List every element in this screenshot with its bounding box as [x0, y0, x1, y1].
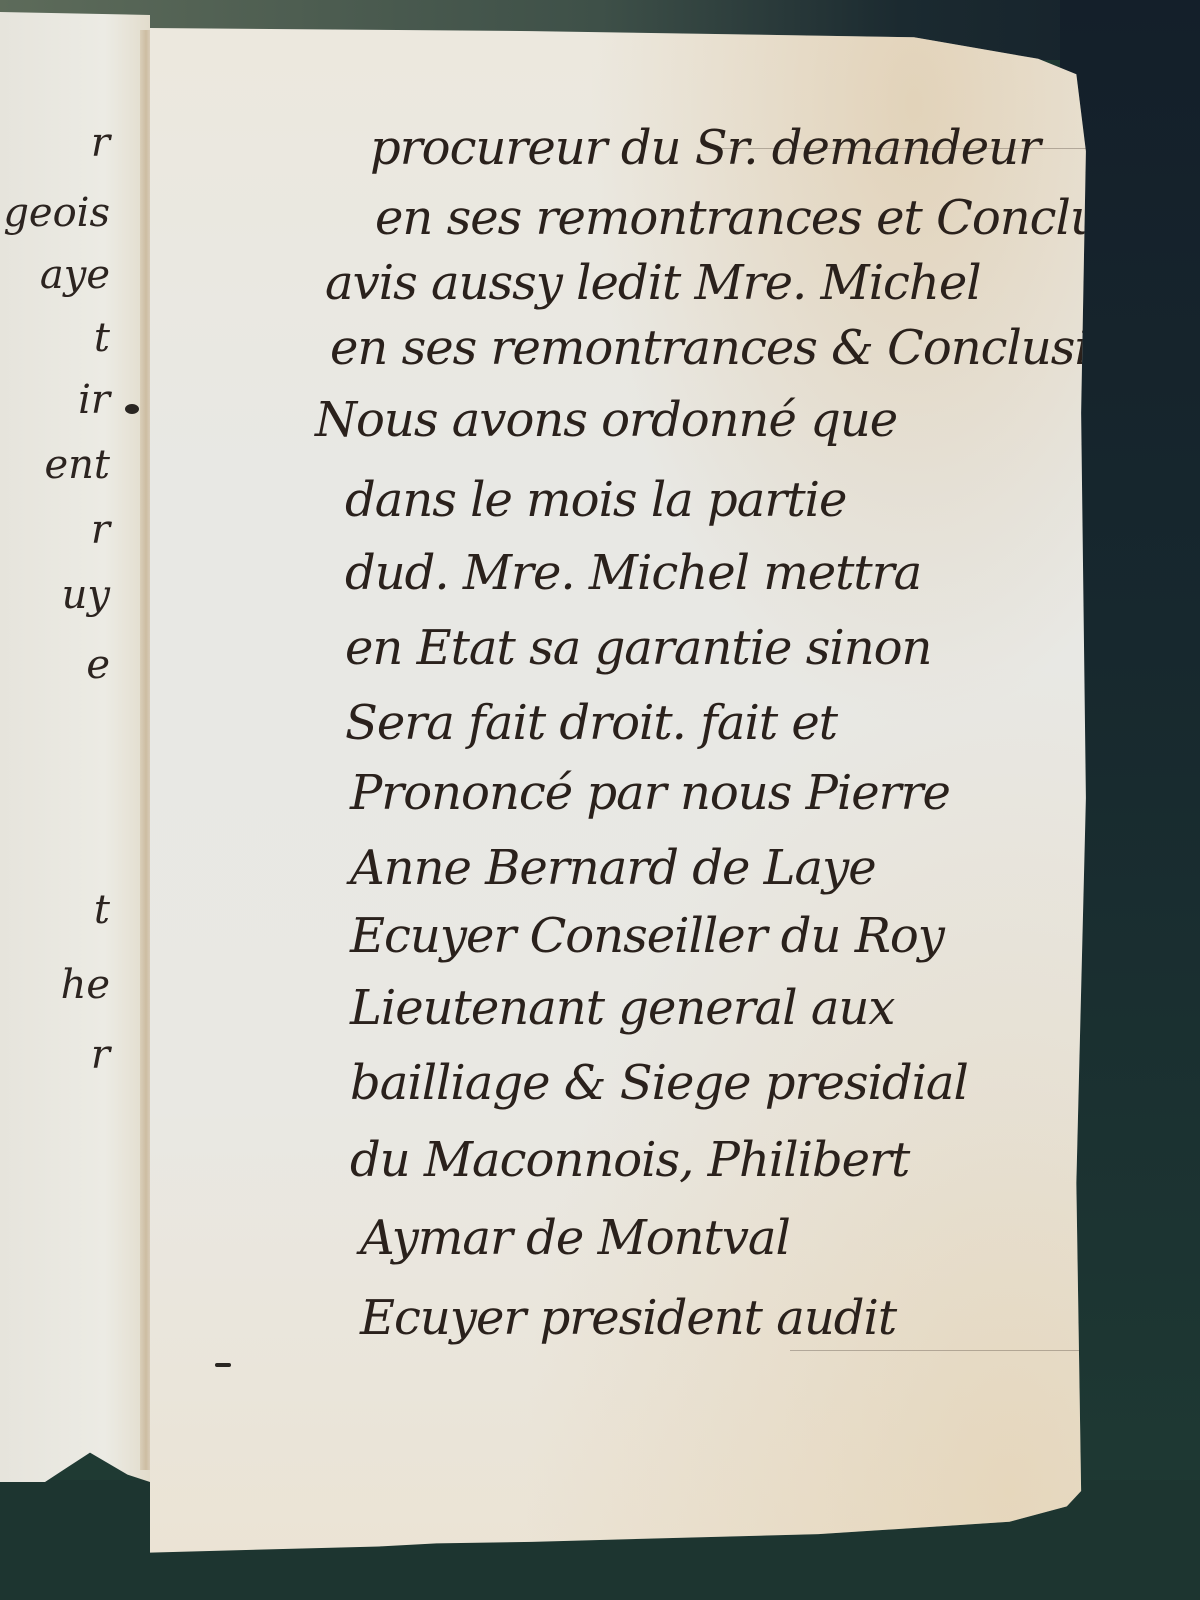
manuscript-line: avis aussy ledit Mre. Michel — [150, 253, 1200, 313]
left-fragment: ent — [0, 442, 140, 488]
left-fragment: geois — [0, 190, 140, 236]
manuscript-line: Anne Bernard de Laye — [150, 838, 1200, 898]
left-fragment: r — [0, 507, 140, 553]
left-fragment: aye — [0, 252, 140, 298]
manuscript-line: en ses remontrances & Conclusions — [150, 318, 1200, 378]
left-fragment: ir — [0, 377, 140, 423]
manuscript-line: Ecuyer Conseiller du Roy — [150, 906, 1200, 966]
manuscript-line: procureur du Sr. demandeur — [150, 118, 1200, 178]
manuscript-line: bailliage & Siege presidial — [150, 1053, 1200, 1113]
manuscript-line: Sera fait droit. fait et — [150, 693, 1200, 753]
manuscript-line: en ses remontrances et Conclusions d — [150, 188, 1200, 248]
ruling-line — [790, 1350, 1090, 1351]
manuscript-line: du Maconnois, Philibert — [150, 1130, 1200, 1190]
left-fragment: he — [0, 962, 140, 1008]
manuscript-line: Prononcé par nous Pierre — [150, 763, 1200, 823]
left-fragment: r — [0, 120, 140, 166]
manuscript-line: dans le mois la partie — [150, 470, 1200, 530]
left-fragment: e — [0, 642, 140, 688]
left-fragment: t — [0, 887, 140, 933]
manuscript-line: en Etat sa garantie sinon — [150, 618, 1200, 678]
ink-mark — [215, 1363, 231, 1367]
left-page: r geois aye t ir ent r uy e t he r — [0, 12, 150, 1482]
left-fragment: r — [0, 1032, 140, 1078]
right-page: procureur du Sr. demandeur en ses remont… — [150, 28, 1105, 1568]
manuscript-line: dud. Mre. Michel mettra — [150, 543, 1200, 603]
manuscript-line: Nous avons ordonné que — [150, 390, 1200, 450]
manuscript-line: Aymar de Montval — [150, 1208, 1200, 1268]
ink-blot — [125, 404, 139, 414]
left-fragment: uy — [0, 572, 140, 618]
left-fragment: t — [0, 315, 140, 361]
manuscript-line: Ecuyer president audit — [150, 1288, 1200, 1348]
manuscript-line: Lieutenant general aux — [150, 978, 1200, 1038]
